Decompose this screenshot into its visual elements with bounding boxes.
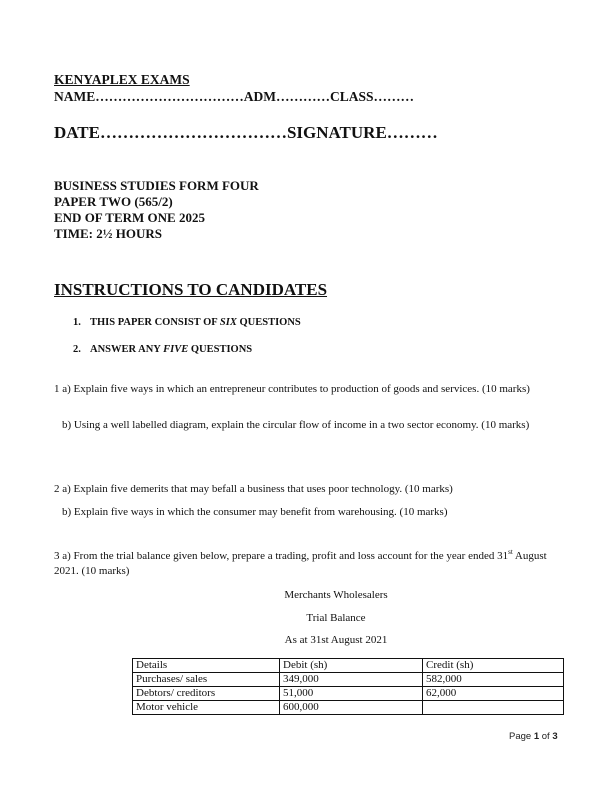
table-row: Motor vehicle 600,000	[133, 701, 564, 715]
name-adm-class-line: NAME……………………………ADM…………CLASS………	[54, 89, 414, 105]
of-label: of	[542, 731, 550, 742]
exam-time: TIME: 2½ HOURS	[54, 226, 162, 242]
table-cell: Motor vehicle	[133, 701, 280, 715]
question-2a: 2 a) Explain five demerits that may befa…	[54, 482, 574, 497]
page-label: Page	[509, 731, 531, 742]
column-header: Debit (sh)	[280, 659, 423, 673]
page-total: 3	[552, 731, 557, 742]
subject-title: BUSINESS STUDIES FORM FOUR	[54, 178, 259, 194]
exam-term: END OF TERM ONE 2025	[54, 210, 205, 226]
table-row: Debtors/ creditors 51,000 62,000	[133, 687, 564, 701]
column-header: Details	[133, 659, 280, 673]
table-row: Purchases/ sales 349,000 582,000	[133, 673, 564, 687]
page-footer: Page 1 of 3	[509, 731, 558, 742]
table-cell: 582,000	[423, 673, 564, 687]
business-name: Merchants Wholesalers	[0, 589, 612, 601]
table-cell: 62,000	[423, 687, 564, 701]
question-2b: b) Explain five ways in which the consum…	[54, 505, 574, 520]
table-cell: 51,000	[280, 687, 423, 701]
instruction-number: 1.	[73, 317, 90, 328]
table-cell: 349,000	[280, 673, 423, 687]
instruction-item: 2.ANSWER ANY FIVE QUESTIONS	[73, 344, 252, 355]
column-header: Credit (sh)	[423, 659, 564, 673]
instructions-title: INSTRUCTIONS TO CANDIDATES	[54, 280, 327, 300]
table-header-row: Details Debit (sh) Credit (sh)	[133, 659, 564, 673]
page-current: 1	[534, 731, 539, 742]
instruction-number: 2.	[73, 344, 90, 355]
school-name: KENYAPLEX EXAMS	[54, 72, 190, 88]
instruction-emphasis: FIVE	[163, 344, 188, 355]
trial-balance-date: As at 31st August 2021	[0, 634, 612, 646]
instruction-item: 1.THIS PAPER CONSIST OF SIX QUESTIONS	[73, 317, 301, 328]
trial-balance-title: Trial Balance	[0, 612, 612, 624]
instruction-emphasis: SIX	[220, 317, 237, 328]
table-cell: Purchases/ sales	[133, 673, 280, 687]
instruction-text: QUESTIONS	[188, 344, 252, 355]
instruction-text: THIS PAPER CONSIST OF	[90, 317, 220, 328]
instruction-text: QUESTIONS	[237, 317, 301, 328]
paper-number: PAPER TWO (565/2)	[54, 194, 173, 210]
table-cell: 600,000	[280, 701, 423, 715]
question-3a-text: 3 a) From the trial balance given below,…	[54, 550, 508, 562]
instruction-text: ANSWER ANY	[90, 344, 163, 355]
question-1b: b) Using a well labelled diagram, explai…	[54, 418, 574, 433]
question-1a: 1 a) Explain five ways in which an entre…	[54, 382, 574, 397]
table-cell	[423, 701, 564, 715]
trial-balance-table: Details Debit (sh) Credit (sh) Purchases…	[132, 658, 564, 715]
question-3a: 3 a) From the trial balance given below,…	[54, 549, 574, 579]
date-signature-line: DATE……………………………SIGNATURE………	[54, 123, 438, 143]
table-cell: Debtors/ creditors	[133, 687, 280, 701]
